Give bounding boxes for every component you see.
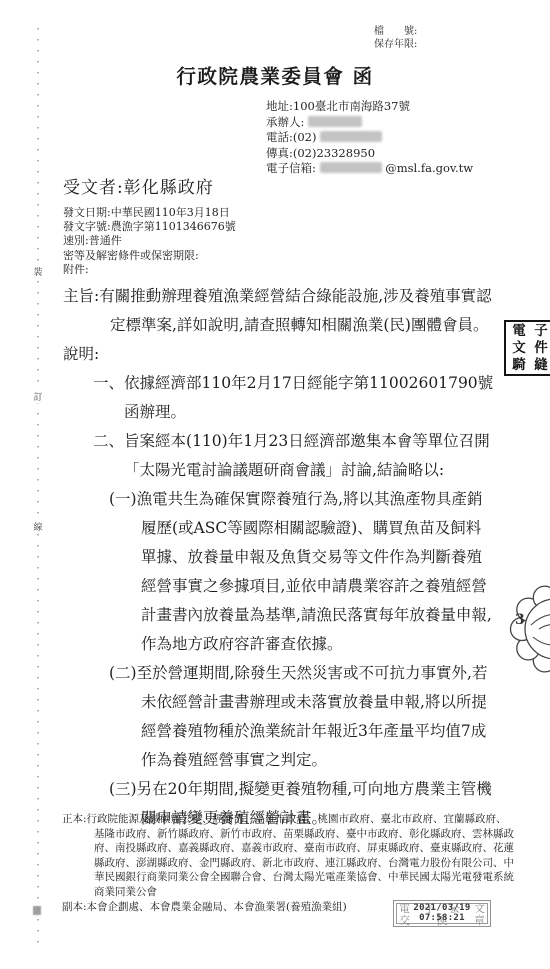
subitem-1-text: 漁電共生為確保實際養殖行為,將以其漁產物具產銷履歷(或ASC等國際相關認驗證)、… [137,490,492,653]
filing-block: 檔 號: 保存年限: [374,26,417,51]
seam-stamp-char: 騎 [512,357,526,374]
redacted-email-account [320,162,382,173]
electronic-seam-stamp: 電 子 文 件 騎 縫 [504,320,550,376]
subject-paragraph: 主旨:有關推動辦理養殖漁業經營結合綠能設施,涉及養殖事實認定標準案,詳如說明,請… [63,282,494,340]
electronic-exchange-stamp: 電 子 公 文 交 換 章 2021/03/19 07:58:21 [393,900,491,927]
seam-stamp-char: 電 [512,323,526,340]
retention-period-label: 保存年限: [374,39,417,52]
flower-page-seal: 3 [507,581,550,677]
contact-person-label: 承辦人: [266,115,304,129]
dispatch-meta-block: 發文日期:中華民國110年3月18日 發文字號:農漁字第1101346676號 … [63,206,236,277]
seam-stamp-char: 件 [534,340,548,357]
phone-line: 電話:(02) [266,130,473,146]
document-title: 行政院農業委員會 函 [0,61,550,89]
subitem-2-text: 至於營運期間,除發生天然災害或不可抗力事實外,若未依經營計畫書辦理或未落實放養量… [137,664,488,769]
explanation-subitem-1: (一)漁電共生為確保實際養殖行為,將以其漁產物具產銷履歷(或ASC等國際相關認驗… [109,485,494,659]
subitem-2-label: (二) [109,664,137,682]
explanation-label: 說明: [63,340,494,369]
copy-recipients-list: 本會企劃處、本會農業金融局、本會漁業署(養殖漁業組) [87,901,347,913]
binding-dotted-line [37,28,39,944]
email-domain: @msl.fa.gov.tw [385,161,473,175]
exchange-time: 07:58:21 [419,914,465,924]
redacted-phone-number [320,131,382,142]
distribution-block: 正本:行政院能源及減碳辦公室、經濟部、高雄市政府、桃園市政府、臺北市政府、宜蘭縣… [62,812,514,914]
scan-artifact-mark [33,906,41,915]
seam-stamp-char: 縫 [534,357,548,374]
explanation-item-2: 二、旨案經本(110)年1月23日經濟部邀集本會等單位召開「太陽光電討論議題研商… [93,427,494,485]
item-2-label: 二、 [93,432,124,450]
item-1-label: 一、 [93,374,124,392]
phone-label: 電話:(02) [266,130,316,144]
recipient-line: 受文者:彰化縣政府 [63,173,214,198]
fax-line: 傳真:(02)23328950 [266,146,473,162]
seam-stamp-char: 文 [512,340,526,357]
original-recipients-row: 正本:行政院能源及減碳辦公室、經濟部、高雄市政府、桃園市政府、臺北市政府、宜蘭縣… [62,812,514,900]
original-recipients-list: 行政院能源及減碳辦公室、經濟部、高雄市政府、桃園市政府、臺北市政府、宜蘭縣政府、… [87,813,514,898]
address-line: 地址:100臺北市南海路37號 [266,99,473,115]
exchange-timestamp: 2021/03/19 07:58:21 [394,901,490,926]
original-recipients-label: 正本: [62,813,87,825]
seam-stamp-char: 子 [534,323,548,340]
binding-mark-ding: 訂 [29,390,47,403]
redacted-contact-person [308,116,362,127]
subject-label: 主旨: [63,287,99,305]
explanation-subitem-2: (二)至於營運期間,除發生天然災害或不可抗力事實外,若未依經營計畫書辦理或未落實… [109,659,494,775]
subitem-1-label: (一) [109,490,137,508]
copy-recipients-label: 副本: [62,901,87,913]
letter-body: 主旨:有關推動辦理養殖漁業經營結合綠能設施,涉及養殖事實認定標準案,詳如說明,請… [63,282,494,833]
item-1-text: 依據經濟部110年2月17日經能字第11002601790號函辦理。 [124,374,493,421]
dispatch-date-line: 發文日期:中華民國110年3月18日 [63,206,236,220]
agency-contact-block: 地址:100臺北市南海路37號 承辦人: 電話:(02) 傳真:(02)2332… [266,99,473,177]
file-number-label: 檔 號: [374,26,417,39]
subitem-3-label: (三) [109,780,137,798]
classification-line: 密等及解密條件或保密期限: [63,249,236,263]
email-label: 電子信箱: [266,161,316,175]
attachment-line: 附件: [63,263,236,277]
binding-mark-zhuang: 裝 [29,265,47,278]
binding-mark-xian: 線 [29,520,47,533]
page-seal-number: 3 [515,612,525,628]
priority-line: 速別:普通件 [63,234,236,248]
email-line: 電子信箱: @msl.fa.gov.tw [266,161,473,177]
subject-text: 有關推動辦理養殖漁業經營結合綠能設施,涉及養殖事實認定標準案,詳如說明,請查照轉… [99,287,491,334]
contact-person-line: 承辦人: [266,115,473,131]
item-2-text: 旨案經本(110)年1月23日經濟部邀集本會等單位召開「太陽光電討論議題研商會議… [124,432,490,479]
dispatch-number-line: 發文字號:農漁字第1101346676號 [63,220,236,234]
explanation-item-1: 一、依據經濟部110年2月17日經能字第11002601790號函辦理。 [93,369,494,427]
official-letter-page: 裝 訂 線 檔 號: 保存年限: 行政院農業委員會 函 地址:100臺北市南海路… [0,0,550,969]
